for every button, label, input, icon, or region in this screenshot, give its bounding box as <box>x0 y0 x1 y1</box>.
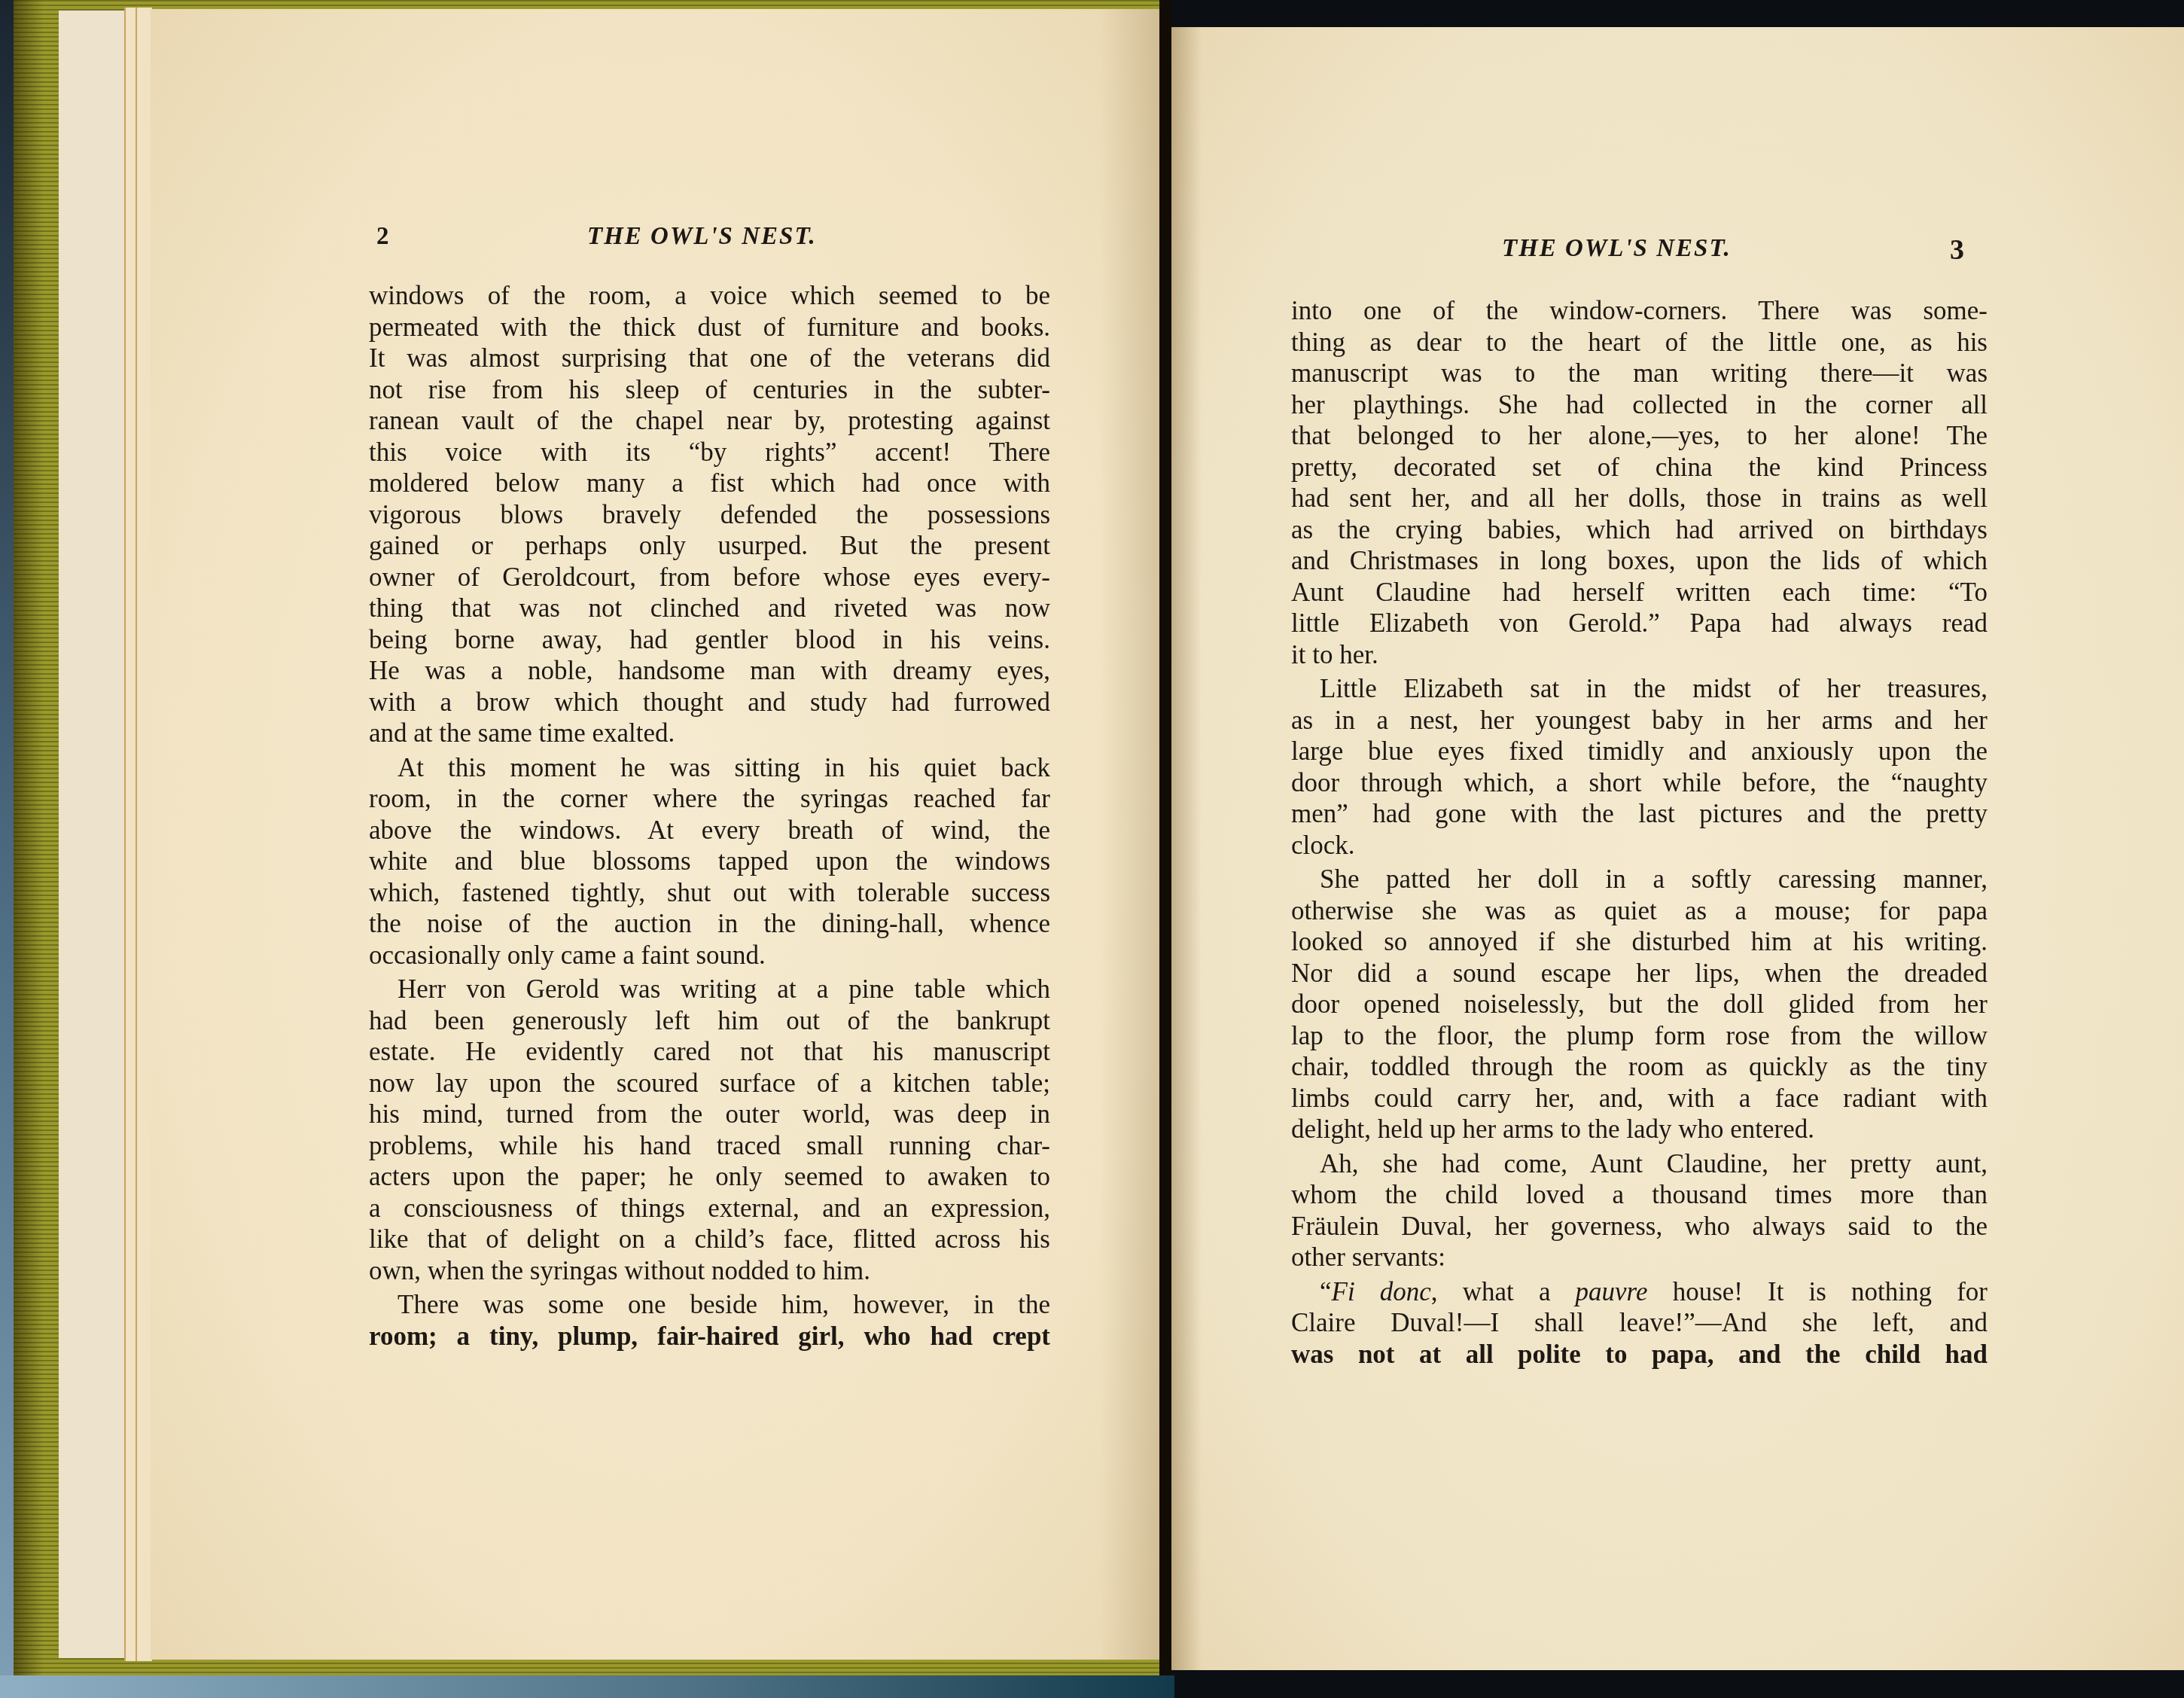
text-line: that belonged to her alone,—yes, to her … <box>1291 420 1988 452</box>
text-line: pretty, decorated set of china the kind … <box>1291 452 1988 483</box>
text-line: Aunt Claudine had herself written each t… <box>1291 577 1988 608</box>
text-line: large blue eyes fixed timidly and anxiou… <box>1291 736 1988 767</box>
text-line: whom the child loved a thousand times mo… <box>1291 1179 1988 1211</box>
text-line: door opened noiselessly, but the doll gl… <box>1291 989 1988 1020</box>
text-line: being borne away, had gentler blood in h… <box>369 624 1050 656</box>
text-line: and at the same time exalted. <box>369 718 1050 749</box>
text-line: manuscript was to the man writing there—… <box>1291 358 1988 389</box>
text-line: Little Elizabeth sat in the midst of her… <box>1291 673 1988 705</box>
book-gutter <box>1159 0 1171 1675</box>
text-line: had sent her, and all her dolls, those i… <box>1291 483 1988 514</box>
text-line: He was a noble, handsome man with dreamy… <box>369 655 1050 687</box>
text-line: She patted her doll in a softly caressin… <box>1291 864 1988 895</box>
page-stack-edge <box>136 8 152 1661</box>
text-line: vigorous blows bravely defended the poss… <box>369 499 1050 531</box>
text-line: now lay upon the scoured surface of a ki… <box>369 1068 1050 1099</box>
text-line: above the windows. At every breath of wi… <box>369 815 1050 846</box>
text-line: thing that was not clinched and riveted … <box>369 593 1050 624</box>
text-line: chair, toddled through the room as quick… <box>1291 1051 1988 1083</box>
text-line: little Elizabeth von Gerold.” Papa had a… <box>1291 608 1988 639</box>
text-line: estate. He evidently cared not that his … <box>369 1036 1050 1068</box>
text-line: as the crying babies, which had arrived … <box>1291 514 1988 546</box>
text-line: acters upon the paper; he only seemed to… <box>369 1161 1050 1193</box>
text-line: his mind, turned from the outer world, w… <box>369 1099 1050 1130</box>
text-line: a consciousness of things external, and … <box>369 1193 1050 1224</box>
text-span: , what a <box>1431 1277 1576 1306</box>
text-line: Ah, she had come, Aunt Claudine, her pre… <box>1291 1148 1988 1180</box>
text-line: lap to the floor, the plump form rose fr… <box>1291 1020 1988 1052</box>
text-line: had been generously left him out of the … <box>369 1005 1050 1037</box>
text-line: gained or perhaps only usurped. But the … <box>369 530 1050 562</box>
text-line: it to her. <box>1291 639 1988 671</box>
text-line: door through which, a short while before… <box>1291 767 1988 799</box>
text-line: clock. <box>1291 830 1988 861</box>
text-line: Herr von Gerold was writing at a pine ta… <box>369 974 1050 1005</box>
page-number-left: 2 <box>376 223 389 251</box>
text-line: other servants: <box>1291 1242 1988 1273</box>
text-line: It was almost surprising that one of the… <box>369 343 1050 374</box>
right-page-text: into one of the window-corners. There wa… <box>1291 295 1988 1370</box>
text-line: men” had gone with the last pictures and… <box>1291 798 1988 830</box>
text-line: otherwise she was as quiet as a mouse; f… <box>1291 895 1988 927</box>
text-line: her playthings. She had collected in the… <box>1291 389 1988 421</box>
text-line: was not at all polite to papa, and the c… <box>1291 1339 1988 1370</box>
left-page-text: windows of the room, a voice which seeme… <box>369 280 1050 1352</box>
text-line: There was some one beside him, however, … <box>369 1289 1050 1321</box>
text-line: the noise of the auction in the dining-h… <box>369 908 1050 940</box>
text-line: which, fastened tightly, shut out with t… <box>369 877 1050 909</box>
scan-background-bottom <box>0 1675 1174 1698</box>
text-line: looked so annoyed if she disturbed him a… <box>1291 926 1988 958</box>
text-line: thing as dear to the heart of the little… <box>1291 327 1988 358</box>
text-line: Fräulein Duval, her governess, who alway… <box>1291 1211 1988 1242</box>
text-line: into one of the window-corners. There wa… <box>1291 295 1988 327</box>
page-number-right: 3 <box>1950 233 1964 267</box>
text-line: At this moment he was sitting in his qui… <box>369 752 1050 784</box>
text-line: room; a tiny, plump, fair-haired girl, w… <box>369 1321 1050 1352</box>
text-line: permeated with the thick dust of furnitu… <box>369 312 1050 343</box>
text-span: house! It is nothing for <box>1647 1277 1988 1306</box>
text-line: not rise from his sleep of centuries in … <box>369 374 1050 406</box>
text-line: delight, held up her arms to the lady wh… <box>1291 1114 1988 1145</box>
page-stack-edge <box>124 8 136 1661</box>
italic-word: pauvre <box>1576 1277 1648 1306</box>
text-span: “ <box>1320 1277 1332 1306</box>
text-line: windows of the room, a voice which seeme… <box>369 280 1050 312</box>
text-line: occasionally only came a faint sound. <box>369 940 1050 971</box>
text-line: Nor did a sound escape her lips, when th… <box>1291 958 1988 989</box>
text-line: and Christmases in long boxes, upon the … <box>1291 545 1988 577</box>
text-line-with-italics: “Fi donc, what a pauvre house! It is not… <box>1291 1276 1988 1308</box>
text-line: owner of Geroldcourt, from before whose … <box>369 562 1050 593</box>
italic-phrase: Fi donc <box>1332 1277 1431 1306</box>
text-line: room, in the corner where the syringas r… <box>369 783 1050 815</box>
text-line: moldered below many a fist which had onc… <box>369 468 1050 499</box>
text-line: like that of delight on a child’s face, … <box>369 1224 1050 1255</box>
text-line: white and blue blossoms tapped upon the … <box>369 846 1050 877</box>
text-line: this voice with its “by rights” accent! … <box>369 437 1050 468</box>
text-line: Claire Duval!—I shall leave!”—And she le… <box>1291 1307 1988 1339</box>
running-head-right: THE OWL'S NEST. <box>1502 235 1732 263</box>
text-line: own, when the syringas without nodded to… <box>369 1255 1050 1287</box>
text-line: as in a nest, her youngest baby in her a… <box>1291 705 1988 736</box>
text-line: ranean vault of the chapel near by, prot… <box>369 405 1050 437</box>
text-line: limbs could carry her, and, with a face … <box>1291 1083 1988 1114</box>
cover-spine-shadow <box>14 0 44 1687</box>
text-line: with a brow which thought and study had … <box>369 687 1050 718</box>
running-head-left: THE OWL'S NEST. <box>587 223 817 251</box>
text-line: problems, while his hand traced small ru… <box>369 1130 1050 1162</box>
